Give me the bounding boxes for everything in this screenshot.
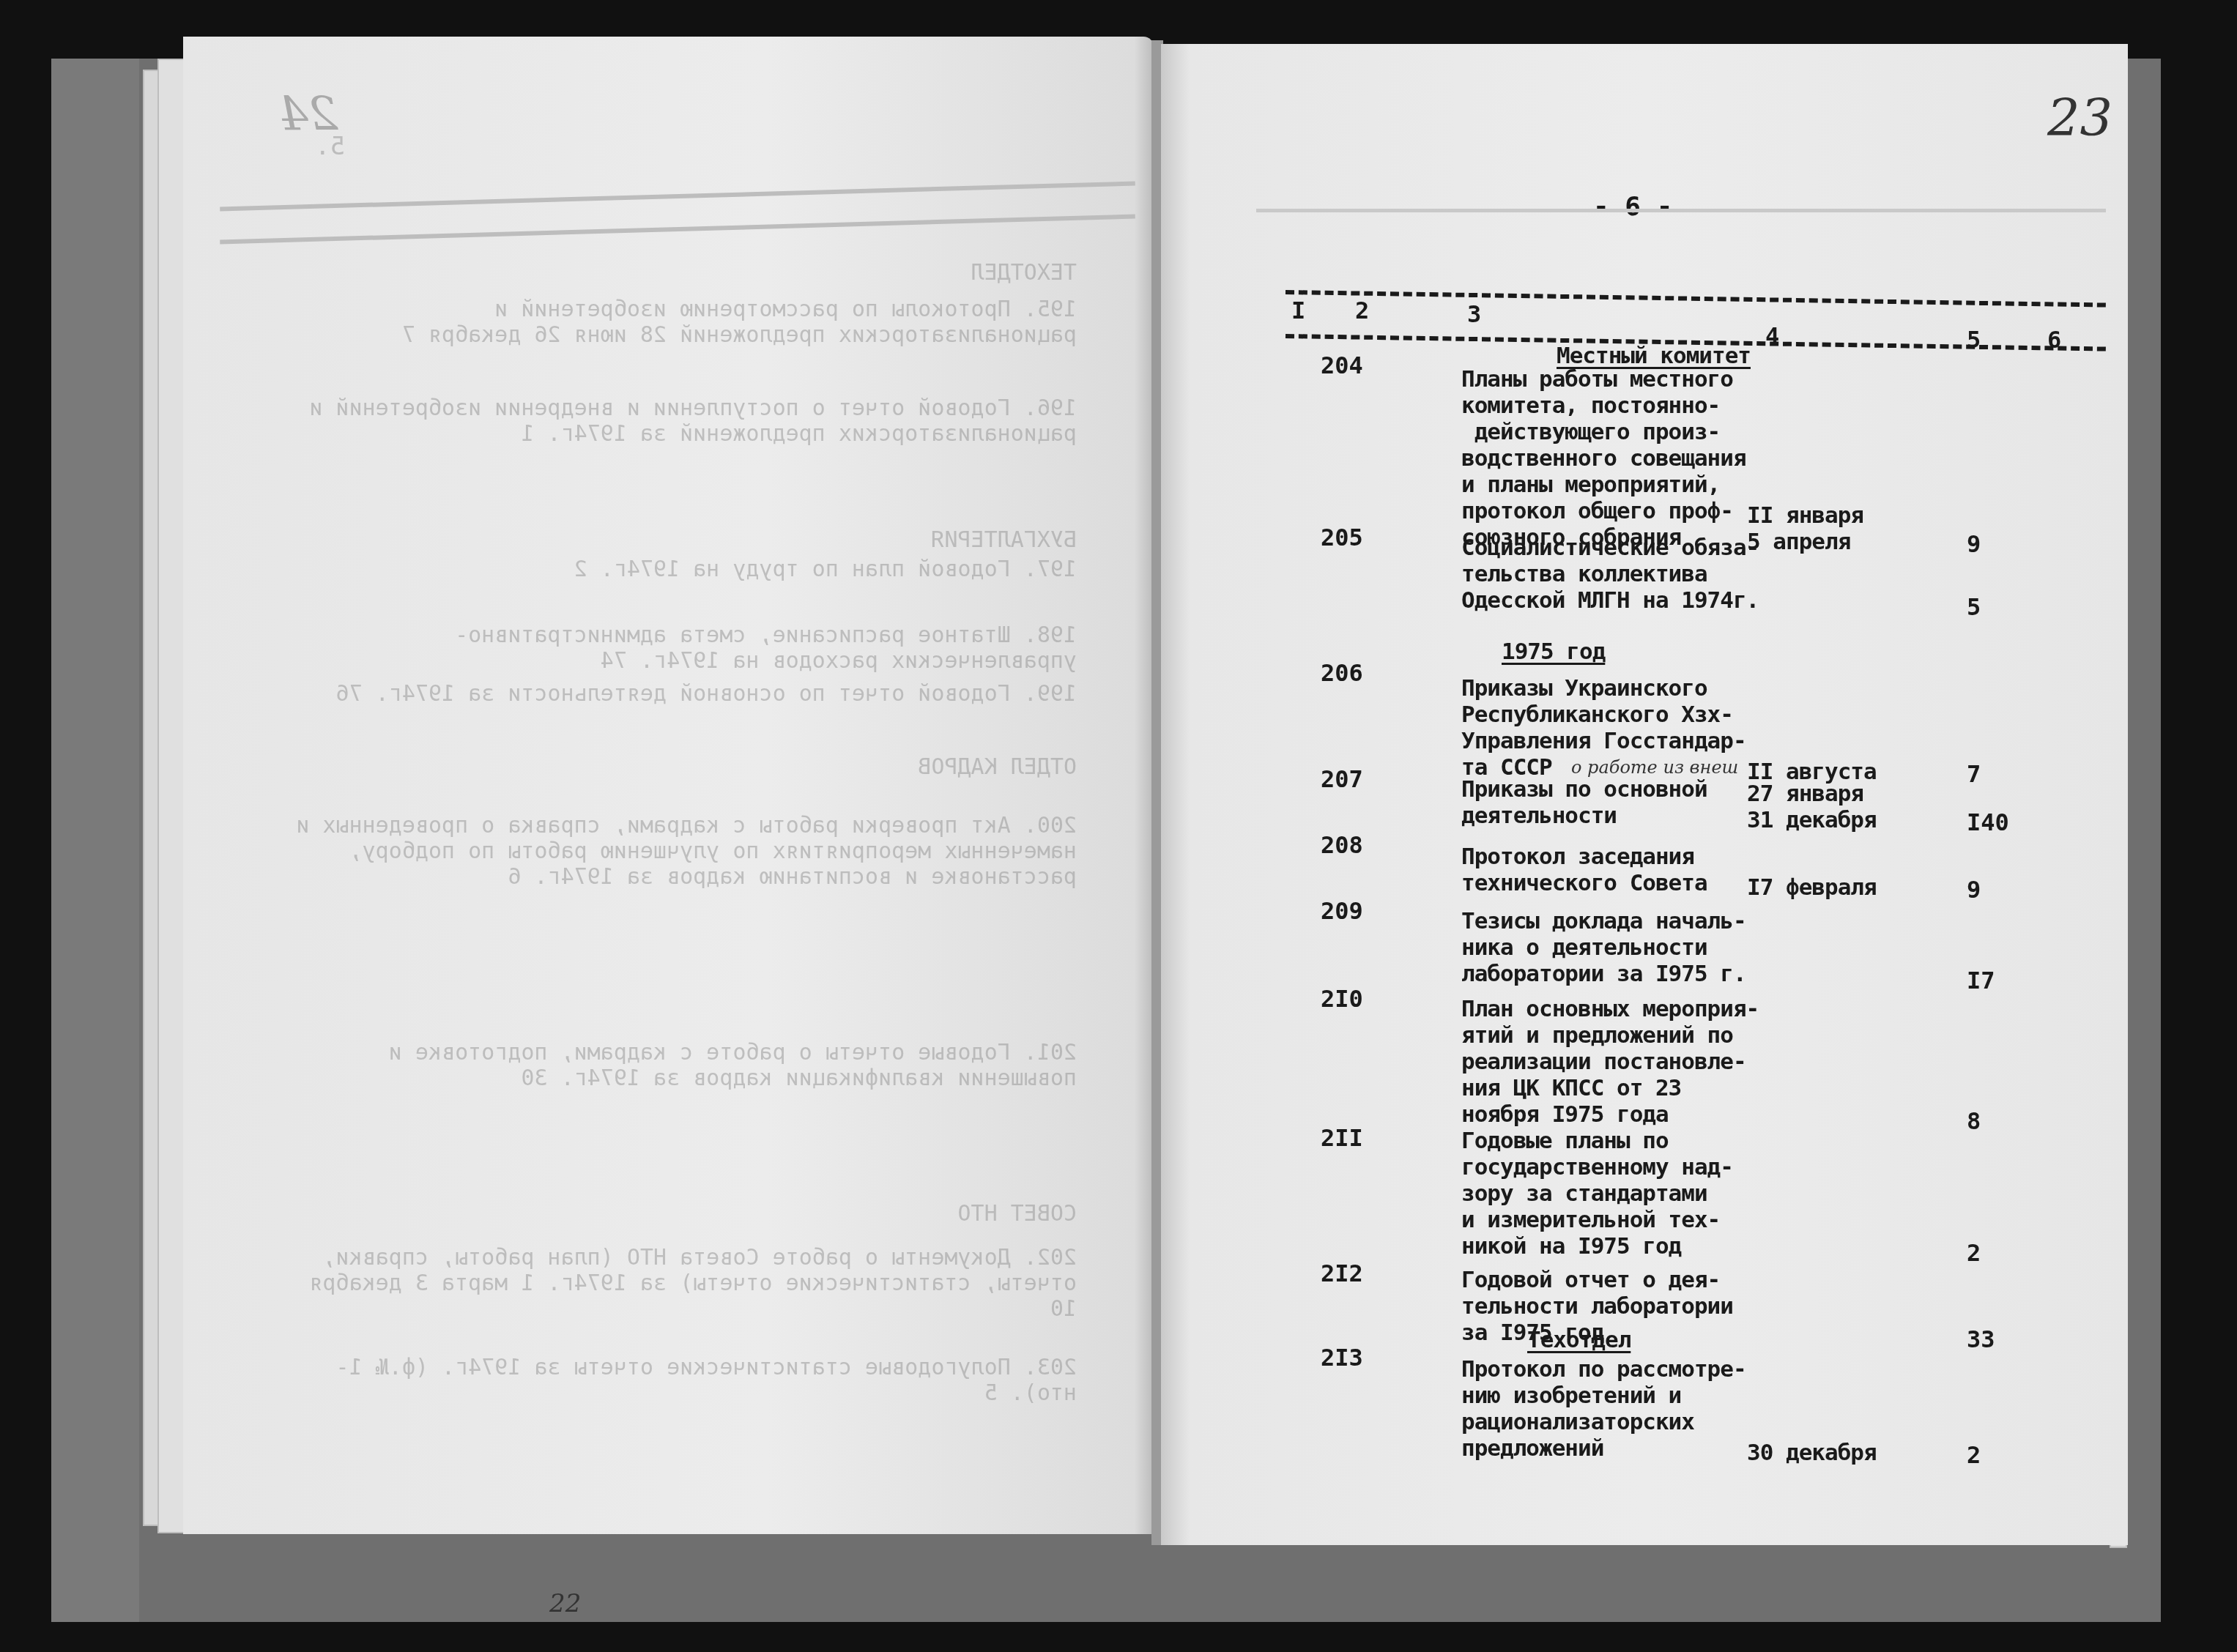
sheet-count: 8: [1967, 1107, 1981, 1135]
item-dates: I7 февраля: [1747, 874, 1877, 901]
item-number: 207: [1321, 765, 1363, 793]
item-title: Приказы по основной деятельности: [1461, 776, 1707, 829]
column-header-5: 5: [1967, 326, 1981, 354]
left-page: 24 5. ТЕХОТДЕЛ195. Протоколы по рассмотр…: [183, 37, 1154, 1534]
item-number: 2II: [1321, 1124, 1363, 1152]
item-number: 205: [1321, 524, 1363, 551]
column-header-3: 3: [1467, 300, 1481, 328]
item-title: Планы работы местного комитета, постоянн…: [1461, 366, 1746, 551]
bleedthrough-line: 197. Годовой план по труду на 1974г. 2: [271, 557, 1077, 582]
item-dates: 30 декабря: [1747, 1440, 1877, 1466]
sheet-count: 2: [1967, 1239, 1981, 1267]
sheet-count: 2: [1967, 1441, 1981, 1469]
handwritten-annotation: о работе из внеш: [1571, 757, 1738, 778]
cover-left-edge: [51, 59, 139, 1622]
bleedthrough-line: 200. Акт проверки работы с кадрами, спра…: [271, 813, 1077, 890]
sheet-count: 5: [1967, 593, 1981, 621]
bleedthrough-line: СОВЕТ НТО: [271, 1201, 1077, 1227]
section-heading: Техотдел: [1527, 1327, 1631, 1353]
bleedthrough-line: 195. Протоколы по рассмотрению изобретен…: [271, 297, 1077, 348]
item-number: 209: [1321, 897, 1363, 925]
item-title: План основных мероприя- ятий и предложен…: [1461, 996, 1759, 1128]
sheet-count: 7: [1967, 760, 1981, 788]
item-number: 2I3: [1321, 1344, 1363, 1372]
sheet-count: 9: [1967, 876, 1981, 904]
item-title: Протокол заседания технического Совета: [1461, 844, 1707, 896]
bleedthrough-line: 203. Полугодовые статистические отчеты з…: [271, 1355, 1077, 1406]
item-title: Тезисы доклада началь- ника о деятельнос…: [1461, 908, 1746, 987]
bleedthrough-line: 202. Документы о работе Совета НТО (план…: [271, 1245, 1077, 1322]
bottom-handwritten-number: 22: [549, 1589, 581, 1618]
sheet-count: 33: [1967, 1325, 1995, 1353]
right-folio-handwritten: 23: [2047, 88, 2112, 148]
item-number: 2I0: [1321, 985, 1363, 1013]
section-heading: Местный комитет: [1557, 343, 1751, 369]
item-title: Протокол по рассмотре- нию изобретений и…: [1461, 1356, 1746, 1462]
right-page: 23 - 6 - I23456 Местный комитет204Планы …: [1161, 44, 2128, 1545]
bleed-rule: [1256, 209, 2106, 212]
bleedthrough-line: 199. Годовой отчет по основной деятельно…: [271, 681, 1077, 707]
sheet-count: 9: [1967, 530, 1981, 558]
section-heading: 1975 год: [1502, 639, 1605, 665]
bleedthrough-line: 198. Штатное расписание, смета администр…: [271, 622, 1077, 674]
left-table-rule-bottom: [220, 215, 1135, 245]
sheet-count: I40: [1967, 808, 2009, 836]
item-number: 206: [1321, 659, 1363, 687]
item-dates: 27 января 31 декабря: [1747, 781, 1877, 833]
bleedthrough-line: 196. Годовой отчет о поступлении и внедр…: [271, 395, 1077, 447]
page-number: - 6 -: [1593, 192, 1672, 222]
header-dash-top: [1286, 290, 2106, 308]
bleedthrough-line: ТЕХОТДЕЛ: [271, 260, 1077, 286]
item-number: 204: [1321, 351, 1363, 379]
item-number: 2I2: [1321, 1260, 1363, 1287]
left-page-number: 5.: [315, 132, 345, 161]
column-header-4: 4: [1765, 322, 1779, 350]
bleedthrough-line: 201. Годовые отчеты о работе с кадрами, …: [271, 1040, 1077, 1091]
item-dates: II января 5 апреля: [1747, 502, 1863, 555]
left-table-rule-top: [220, 182, 1135, 212]
column-header-6: 6: [2047, 326, 2061, 354]
sheet-count: I7: [1967, 967, 1995, 994]
column-header-1: I: [1291, 297, 1305, 324]
bleedthrough-line: ОТДЕЛ КАДРОВ: [271, 754, 1077, 780]
item-title: Социалистические обяза- тельства коллект…: [1461, 535, 1759, 614]
item-title: Годовые планы по государственному над- з…: [1461, 1128, 1733, 1260]
item-number: 208: [1321, 831, 1363, 859]
column-header-2: 2: [1355, 297, 1369, 324]
bleedthrough-line: БУХГАЛТЕРИЯ: [271, 527, 1077, 553]
